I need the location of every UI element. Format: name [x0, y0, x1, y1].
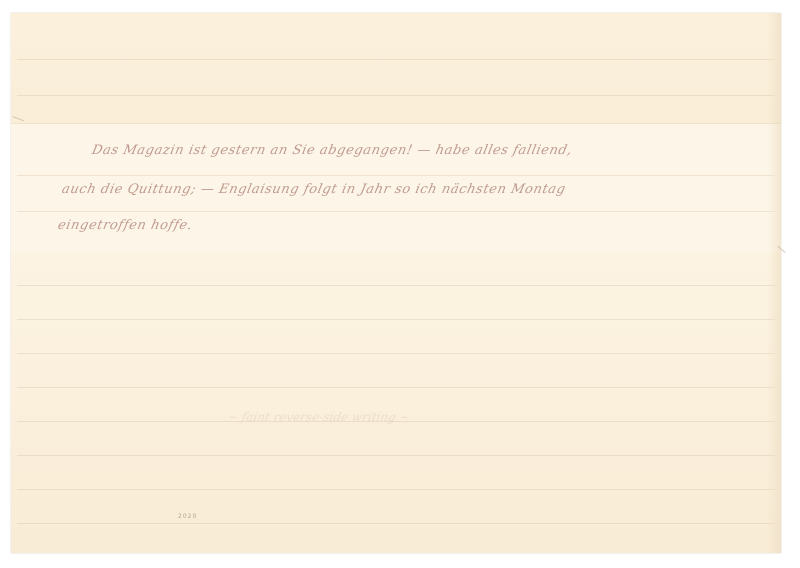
scan-canvas: Das Magazin ist gestern an Sie abgegange… — [0, 0, 800, 568]
handwritten-text: Das Magazin ist gestern an Sie abgegange… — [0, 0, 800, 568]
archive-stamp: 2020 — [178, 513, 197, 520]
letter-line-3: eingetroffen hoffe. — [56, 218, 194, 233]
letter-line-2: auch die Quittung; — Englaisung folgt in… — [60, 182, 567, 197]
letter-line-1: Das Magazin ist gestern an Sie abgegange… — [90, 143, 573, 158]
reverse-side-showthrough: ~ faint reverse-side writing ~ — [227, 410, 412, 424]
